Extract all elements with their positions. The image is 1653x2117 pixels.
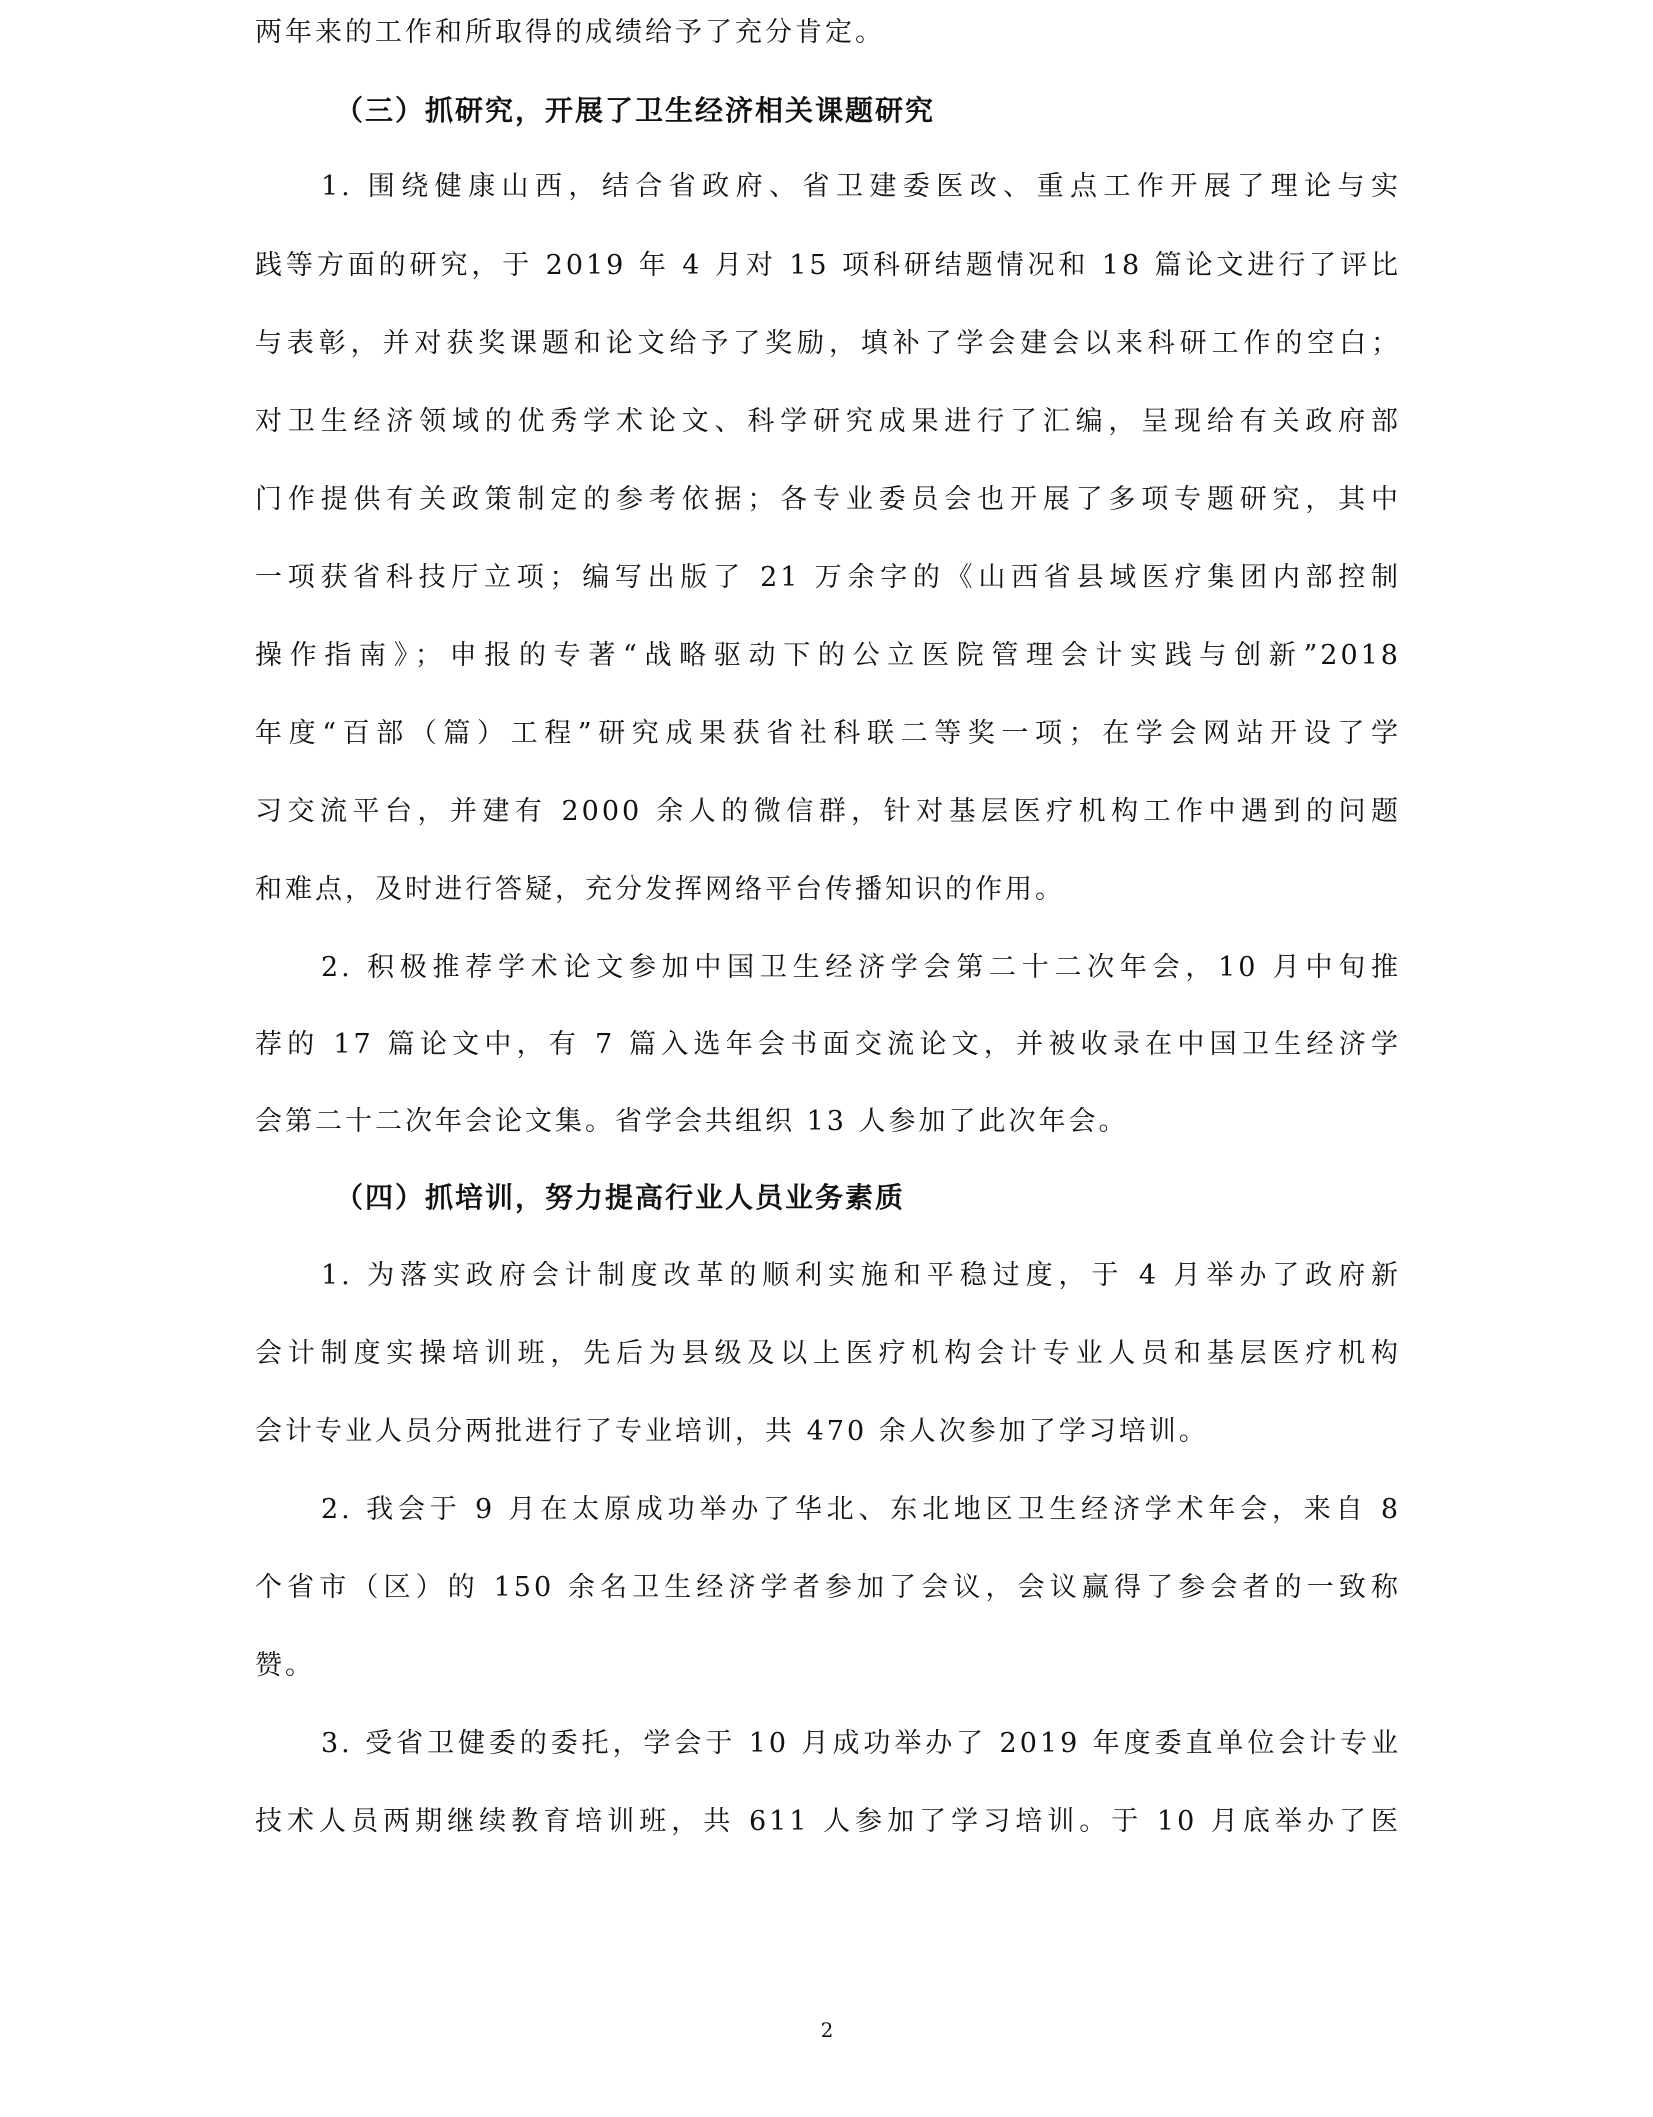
paragraph-line: 一项获省科技厅立项；编写出版了 21 万余字的《山西省县域医疗集团内部控制 (255, 558, 1401, 598)
paragraph-line: 会计制度实操培训班，先后为县级及以上医疗机构会计专业人员和基层医疗机构 (255, 1334, 1401, 1374)
paragraph-line: 和难点，及时进行答疑，充分发挥网络平台传播知识的作用。 (255, 870, 1401, 910)
paragraph-line: 践等方面的研究，于 2019 年 4 月对 15 项科研结题情况和 18 篇论文… (255, 246, 1401, 286)
paragraph-first-line: 2. 积极推荐学术论文参加中国卫生经济学会第二十二次年会，10 月中旬推 (255, 948, 1401, 988)
paragraph-line: 会计专业人员分两批进行了专业培训，共 470 余人次参加了学习培训。 (255, 1412, 1401, 1452)
paragraph-line: 操作指南》；申报的专著“战略驱动下的公立医院管理会计实践与创新”2018 (255, 636, 1401, 676)
document-page: 两年来的工作和所取得的成绩给予了充分肯定。（三）抓研究，开展了卫生经济相关课题研… (0, 0, 1653, 2117)
paragraph-first-line: 1. 为落实政府会计制度改革的顺利实施和平稳过度，于 4 月举办了政府新 (255, 1256, 1401, 1296)
paragraph-line: 与表彰，并对获奖课题和论文给予了奖励，填补了学会建会以来科研工作的空白； (255, 324, 1401, 364)
section-heading: （四）抓培训，努力提高行业人员业务素质 (335, 1178, 905, 1218)
paragraph-first-line: 3. 受省卫健委的委托，学会于 10 月成功举办了 2019 年度委直单位会计专… (255, 1724, 1401, 1764)
paragraph-line: 技术人员两期继续教育培训班，共 611 人参加了学习培训。于 10 月底举办了医 (255, 1802, 1401, 1842)
paragraph-first-line: 1. 围绕健康山西，结合省政府、省卫建委医改、重点工作开展了理论与实 (255, 167, 1401, 207)
page-number: 2 (815, 2018, 839, 2042)
paragraph-line: 对卫生经济领域的优秀学术论文、科学研究成果进行了汇编，呈现给有关政府部 (255, 402, 1401, 442)
paragraph-line: 门作提供有关政策制定的参考依据；各专业委员会也开展了多项专题研究，其中 (255, 480, 1401, 520)
paragraph-line: 年度“百部（篇）工程”研究成果获省社科联二等奖一项；在学会网站开设了学 (255, 714, 1401, 754)
paragraph-line: 荐的 17 篇论文中，有 7 篇入选年会书面交流论文，并被收录在中国卫生经济学 (255, 1025, 1401, 1065)
paragraph-line: 赞。 (255, 1646, 1401, 1686)
paragraph-line: 会第二十二次年会论文集。省学会共组织 13 人参加了此次年会。 (255, 1102, 1401, 1142)
paragraph-line: 两年来的工作和所取得的成绩给予了充分肯定。 (255, 13, 1401, 53)
paragraph-line: 个省市（区）的 150 余名卫生经济学者参加了会议，会议赢得了参会者的一致称 (255, 1568, 1401, 1608)
paragraph-first-line: 2. 我会于 9 月在太原成功举办了华北、东北地区卫生经济学术年会，来自 8 (255, 1490, 1401, 1530)
section-heading: （三）抓研究，开展了卫生经济相关课题研究 (335, 91, 935, 131)
paragraph-line: 习交流平台，并建有 2000 余人的微信群，针对基层医疗机构工作中遇到的问题 (255, 792, 1401, 832)
